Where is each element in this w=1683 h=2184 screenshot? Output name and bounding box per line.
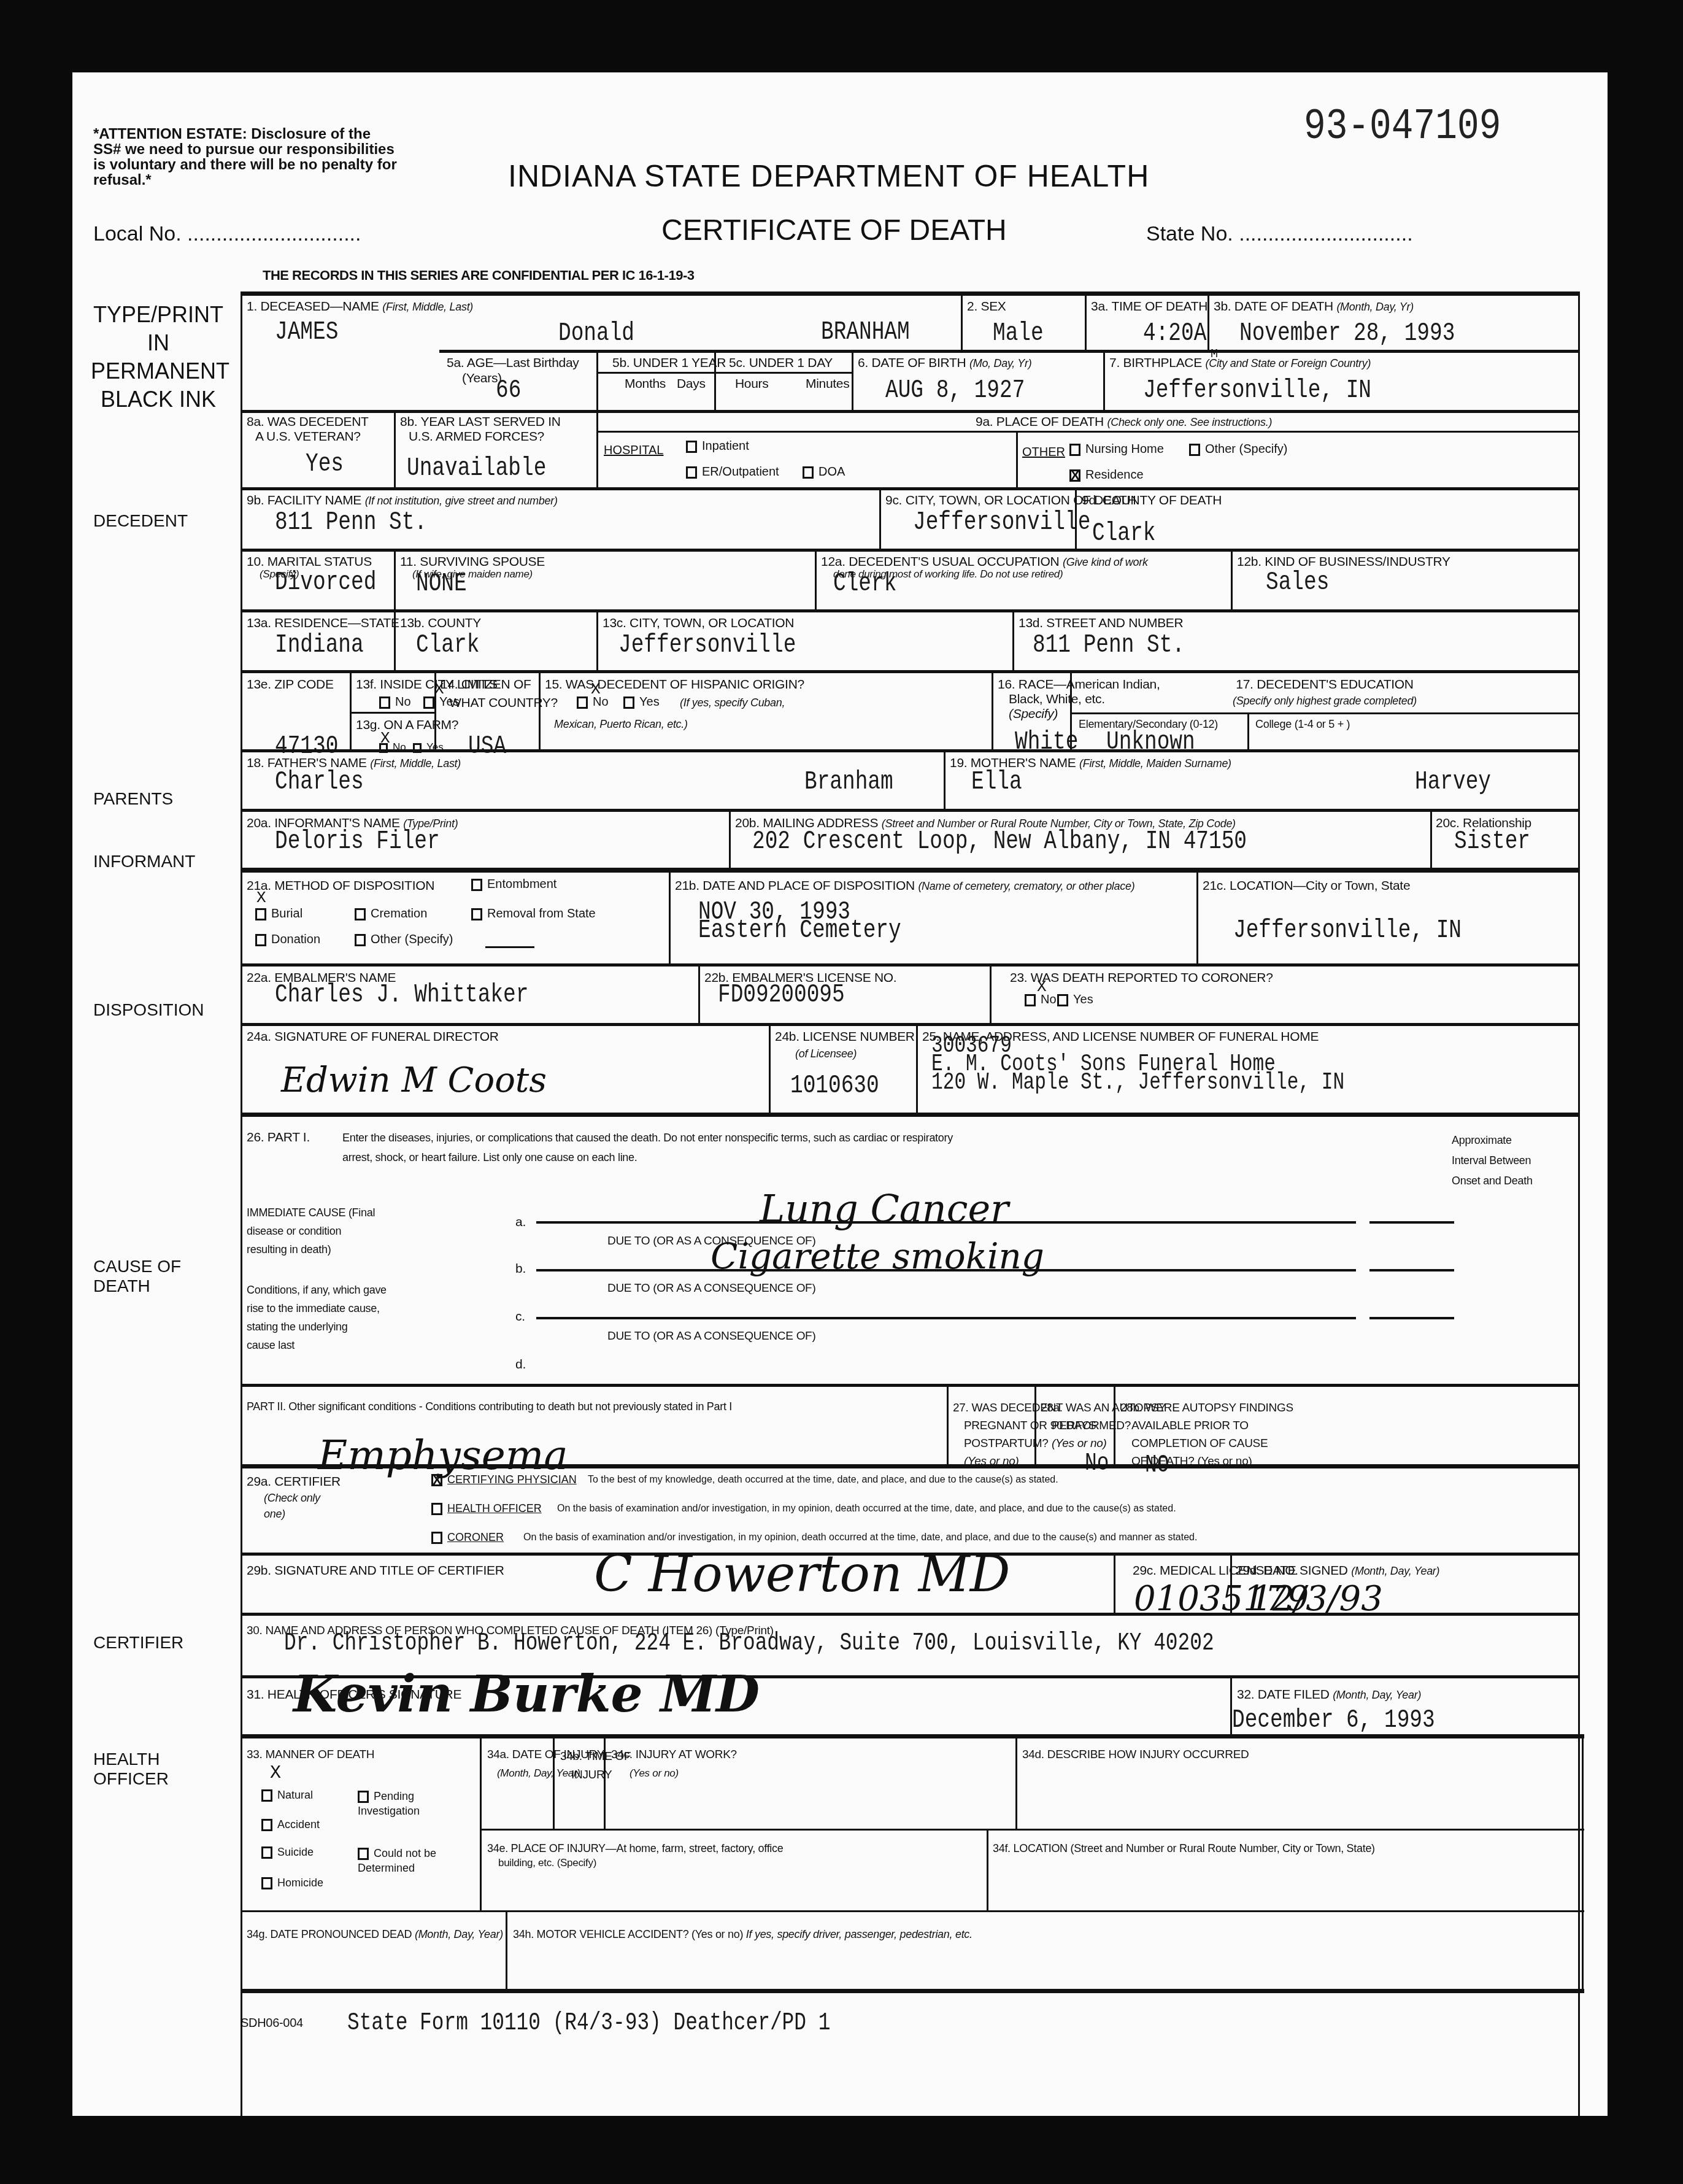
divider bbox=[539, 672, 541, 751]
divider bbox=[944, 751, 945, 810]
confidential-note: THE RECORDS IN THIS SERIES ARE CONFIDENT… bbox=[263, 268, 694, 284]
injury-location-label: 34f. LOCATION (Street and Number or Rura… bbox=[993, 1841, 1375, 1856]
divider bbox=[241, 670, 1580, 673]
divider bbox=[596, 412, 598, 488]
surviving-spouse-value[interactable]: NONE bbox=[416, 569, 467, 598]
section-parents: PARENTS bbox=[93, 789, 173, 809]
undetermined-checkbox[interactable]: Could not be Determined bbox=[358, 1846, 444, 1875]
label-line: Interval Between bbox=[1452, 1151, 1533, 1171]
form-top-border bbox=[241, 291, 1580, 296]
homicide-checkbox[interactable]: Homicide bbox=[261, 1877, 323, 1889]
checkbox-icon bbox=[1069, 444, 1080, 456]
embalmer-license-value[interactable]: FD09200095 bbox=[718, 981, 845, 1009]
other-label: OTHER bbox=[1022, 446, 1065, 460]
part2-handwritten: Emphysema bbox=[318, 1432, 568, 1479]
divider bbox=[916, 1025, 918, 1114]
coroner-text: On the basis of examination and/or inves… bbox=[523, 1532, 1197, 1543]
deceased-last-name[interactable]: BRANHAM bbox=[821, 318, 910, 346]
checkbox-icon bbox=[803, 466, 814, 479]
date-place-disposition-label: 21b. DATE AND PLACE OF DISPOSITION (Name… bbox=[675, 879, 1134, 893]
months-label: Months bbox=[625, 377, 666, 392]
conditions-label: Conditions, if any, which gave rise to t… bbox=[247, 1281, 387, 1354]
label-line: rise to the immediate cause, bbox=[247, 1299, 387, 1318]
label-line: 28b. WERE AUTOPSY FINDINGS bbox=[1120, 1399, 1293, 1417]
state-number[interactable]: State No. .............................. bbox=[1146, 222, 1413, 246]
days-label: Days bbox=[677, 377, 706, 392]
college-label: College (1-4 or 5 + ) bbox=[1255, 717, 1350, 731]
date-of-death-value[interactable]: November 28, 1993 bbox=[1239, 319, 1455, 347]
divider bbox=[1230, 1554, 1232, 1614]
pronounced-dead-label: 34g. DATE PRONOUNCED DEAD (Month, Day, Y… bbox=[247, 1927, 503, 1942]
checkbox-icon bbox=[423, 696, 434, 709]
residence-checkbox[interactable]: Residence bbox=[1069, 468, 1144, 482]
divider bbox=[241, 1734, 1584, 1738]
served-value[interactable]: Unavailable bbox=[407, 454, 546, 482]
place-of-death-label: 9a. PLACE OF DEATH (Check only one. See … bbox=[976, 415, 1272, 430]
attention-line: *ATTENTION ESTATE: Disclosure of the bbox=[93, 126, 437, 142]
divider bbox=[480, 1829, 1584, 1831]
label-line: (Check only bbox=[264, 1490, 320, 1506]
due-to-label-b: DUE TO (OR AS A CONSEQUENCE OF) bbox=[607, 1281, 815, 1296]
label-line: COMPLETION OF CAUSE bbox=[1120, 1435, 1293, 1453]
label-line: disease or condition bbox=[247, 1222, 375, 1240]
name-label: 1. DECEASED—NAME (First, Middle, Last) bbox=[247, 299, 473, 314]
label-line: stating the underlying bbox=[247, 1318, 387, 1336]
checkbox-icon bbox=[255, 908, 266, 920]
checkbox-icon bbox=[358, 1791, 369, 1803]
injury-at-work-hint: (Yes or no) bbox=[630, 1766, 679, 1781]
certifying-physician-checkbox[interactable]: CERTIFYING PHYSICIAN bbox=[431, 1473, 577, 1486]
checkbox-icon bbox=[1057, 994, 1068, 1006]
divider bbox=[241, 1910, 1584, 1912]
divider bbox=[1114, 1554, 1115, 1614]
divider bbox=[1247, 714, 1249, 751]
divider bbox=[1231, 550, 1233, 611]
checkbox-icon bbox=[577, 696, 588, 709]
divider bbox=[596, 352, 598, 411]
injury-description-label: 34d. DESCRIBE HOW INJURY OCCURRED bbox=[1022, 1748, 1249, 1762]
line-d-letter: d. bbox=[515, 1357, 526, 1372]
divider bbox=[394, 412, 396, 488]
city-of-death-value[interactable]: Jeffersonville bbox=[913, 508, 1090, 536]
form-bottom-border bbox=[241, 1989, 1584, 1993]
checkbox-icon bbox=[261, 1819, 272, 1831]
checkbox-icon bbox=[255, 934, 266, 946]
injury-place-hint: building, etc. (Specify) bbox=[498, 1856, 596, 1870]
certifier-label: 29a. CERTIFIER bbox=[247, 1475, 341, 1489]
divider bbox=[1582, 1738, 1584, 1990]
hispanic-hint-2: Mexican, Puerto Rican, etc.) bbox=[554, 717, 688, 731]
removal-from-state-checkbox[interactable]: Removal from State bbox=[471, 907, 596, 921]
license-number-label: 24b. LICENSE NUMBER bbox=[775, 1030, 915, 1044]
divider bbox=[241, 1384, 1580, 1387]
divider bbox=[506, 1912, 507, 1989]
divider bbox=[987, 1830, 988, 1912]
suicide-checkbox[interactable]: Suicide bbox=[261, 1846, 314, 1859]
label-line: Conditions, if any, which gave bbox=[247, 1281, 387, 1299]
form-right-border bbox=[1578, 291, 1580, 2116]
checkbox-icon bbox=[1025, 994, 1036, 1006]
attention-line: SS# we need to pursue our responsibiliti… bbox=[93, 142, 437, 157]
form-number: State Form 10110 (R4/3-93) Deathcer/PD 1 bbox=[347, 2010, 830, 2038]
funeral-director-signature-label: 24a. SIGNATURE OF FUNERAL DIRECTOR bbox=[247, 1030, 499, 1044]
checkbox-icon bbox=[686, 441, 697, 453]
hispanic-hint: (If yes, specify Cuban, bbox=[680, 695, 785, 710]
minutes-label: Minutes bbox=[806, 377, 849, 392]
hospital-label: HOSPITAL bbox=[604, 444, 663, 458]
mother-first-name[interactable]: Ella bbox=[971, 768, 1022, 796]
checkbox-icon bbox=[355, 908, 366, 920]
divider bbox=[1196, 873, 1198, 965]
sex-label: 2. SEX bbox=[967, 299, 1006, 314]
sex-value[interactable]: Male bbox=[993, 319, 1044, 347]
certifier-signature-label: 29b. SIGNATURE AND TITLE OF CERTIFIER bbox=[247, 1564, 504, 1578]
part1-label: 26. PART I. bbox=[247, 1130, 310, 1145]
date-of-death-label: 3b. DATE OF DEATH (Month, Day, Yr) bbox=[1214, 299, 1414, 314]
veteran-value[interactable]: Yes bbox=[306, 450, 344, 478]
coroner-checkbox[interactable]: CORONER bbox=[431, 1531, 504, 1544]
divider bbox=[698, 965, 700, 1024]
part1-instructions-2: arrest, shock, or heart failure. List on… bbox=[342, 1150, 637, 1165]
divider bbox=[350, 712, 434, 714]
checkbox-icon bbox=[431, 1532, 442, 1544]
other-specify-line bbox=[485, 946, 534, 948]
divider bbox=[992, 672, 993, 751]
side-label: CAUSE OF bbox=[93, 1257, 181, 1276]
side-label: BLACK INK bbox=[91, 385, 226, 414]
checkbox-icon bbox=[686, 466, 697, 479]
side-label: HEALTH bbox=[93, 1750, 169, 1769]
funeral-home-address[interactable]: 120 W. Maple St., Jeffersonville, IN bbox=[931, 1073, 1344, 1094]
other-specify-checkbox[interactable]: Other (Specify) bbox=[1189, 442, 1287, 457]
label-line: AVAILABLE PRIOR TO bbox=[1120, 1417, 1293, 1435]
under-1-year-label: 5b. UNDER 1 YEAR bbox=[612, 356, 726, 371]
cremation-checkbox[interactable]: Cremation bbox=[355, 907, 427, 921]
health-officer-checkbox[interactable]: HEALTH OFFICER bbox=[431, 1502, 542, 1515]
date-filed-value[interactable]: December 6, 1993 bbox=[1232, 1706, 1435, 1734]
divider bbox=[241, 410, 1580, 413]
residence-state-value[interactable]: Indiana bbox=[275, 631, 364, 659]
checked-checkbox-icon bbox=[431, 1474, 442, 1486]
interval-label: Approximate Interval Between Onset and D… bbox=[1452, 1130, 1533, 1191]
section-cause-of-death: CAUSE OF DEATH bbox=[93, 1257, 181, 1296]
interval-line-b[interactable] bbox=[1369, 1269, 1454, 1271]
divider bbox=[1034, 1386, 1036, 1464]
label-line: U.S. ARMED FORCES? bbox=[400, 430, 561, 444]
doa-checkbox[interactable]: DOA bbox=[803, 465, 845, 479]
label-line: IMMEDIATE CAUSE (Final bbox=[247, 1203, 375, 1222]
divider bbox=[1015, 1738, 1017, 1829]
divider bbox=[1075, 489, 1077, 549]
burial-checkbox[interactable]: Burial bbox=[255, 907, 302, 921]
divider bbox=[394, 550, 396, 611]
line-c-letter: c. bbox=[515, 1310, 525, 1324]
license-number-value[interactable]: 1010630 bbox=[790, 1071, 879, 1100]
label-line: 8a. WAS DECEDENT bbox=[247, 415, 369, 430]
interval-line-a[interactable] bbox=[1369, 1221, 1454, 1224]
divider bbox=[714, 352, 716, 411]
residence-street-label: 13d. STREET AND NUMBER bbox=[1019, 616, 1183, 631]
form-code: SDH06-004 bbox=[241, 2016, 303, 2031]
divider bbox=[241, 549, 1580, 552]
divider bbox=[241, 963, 1580, 967]
facility-label: 9b. FACILITY NAME (If not institution, g… bbox=[247, 493, 558, 508]
health-officer-signature: Kevin Burke MD bbox=[293, 1665, 760, 1724]
divider bbox=[1085, 295, 1087, 352]
part2-label: PART II. Other significant conditions - … bbox=[247, 1399, 732, 1414]
divider bbox=[852, 352, 853, 411]
certificate-title: CERTIFICATE OF DEATH bbox=[661, 214, 1007, 247]
motor-vehicle-label: 34h. MOTOR VEHICLE ACCIDENT? (Yes or no)… bbox=[513, 1927, 972, 1942]
attention-notice: *ATTENTION ESTATE: Disclosure of the SS#… bbox=[93, 126, 437, 188]
injury-place-label: 34e. PLACE OF INJURY—At home, farm, stre… bbox=[487, 1841, 783, 1856]
divider bbox=[961, 295, 963, 352]
hispanic-label: 15. WAS DECEDENT OF HISPANIC ORIGIN? bbox=[545, 677, 804, 692]
certifier-hint: (Check only one) bbox=[264, 1490, 320, 1522]
mailing-address-value[interactable]: 202 Crescent Loop, New Albany, IN 47150 bbox=[752, 827, 1247, 855]
section-health-officer: HEALTH OFFICER bbox=[93, 1750, 169, 1789]
certificate-number-stamp: 93-047109 bbox=[1304, 103, 1501, 152]
burial-mark: X bbox=[256, 889, 266, 907]
cause-line-c[interactable] bbox=[536, 1317, 1356, 1319]
cause-a-handwritten: Lung Cancer bbox=[760, 1186, 1009, 1231]
line-b-letter: b. bbox=[515, 1262, 526, 1276]
certifying-physician-text: To the best of my knowledge, death occur… bbox=[588, 1475, 1058, 1486]
section-decedent: DECEDENT bbox=[93, 511, 188, 531]
served-label: 8b. YEAR LAST SERVED IN U.S. ARMED FORCE… bbox=[400, 415, 561, 444]
donation-checkbox[interactable]: Donation bbox=[255, 933, 320, 947]
informant-name-value[interactable]: Deloris Filer bbox=[275, 827, 440, 855]
education-label: 17. DECEDENT'S EDUCATION bbox=[1070, 677, 1579, 692]
checkbox-icon bbox=[355, 934, 366, 946]
cause-b-handwritten: Cigarette smoking bbox=[711, 1235, 1044, 1277]
divider bbox=[394, 611, 396, 671]
label-line: Approximate bbox=[1452, 1130, 1533, 1151]
citizen-value[interactable]: USA bbox=[468, 732, 506, 760]
father-last-name[interactable]: Branham bbox=[804, 768, 893, 796]
manner-of-death-label: 33. MANNER OF DEATH bbox=[247, 1748, 374, 1762]
line-a-letter: a. bbox=[515, 1215, 526, 1230]
checkbox-icon bbox=[379, 696, 390, 709]
side-label: DEATH bbox=[93, 1276, 181, 1296]
label-line: cause last bbox=[247, 1336, 387, 1354]
divider bbox=[815, 550, 817, 611]
divider bbox=[434, 672, 436, 751]
local-number[interactable]: Local No. .............................. bbox=[93, 222, 361, 246]
divider bbox=[241, 487, 1580, 490]
hours-label: Hours bbox=[735, 377, 769, 392]
deceased-middle-name[interactable]: Donald bbox=[558, 319, 634, 347]
side-label: OFFICER bbox=[93, 1769, 169, 1789]
funeral-director-signature: Edwin M Coots bbox=[281, 1060, 547, 1100]
checked-checkbox-icon bbox=[1069, 469, 1080, 482]
spacer bbox=[541, 1306, 1468, 1308]
interval-line-c[interactable] bbox=[1369, 1317, 1454, 1319]
under-1-day-label: 5c. UNDER 1 DAY bbox=[729, 356, 833, 371]
disposition-location-label: 21c. LOCATION—City or Town, State bbox=[1203, 879, 1410, 893]
checkbox-icon bbox=[471, 908, 482, 920]
divider bbox=[1070, 712, 1580, 714]
method-of-disposition-label: 21a. METHOD OF DISPOSITION bbox=[247, 879, 434, 893]
birthplace-label: 7. BIRTHPLACE (City and State or Foreign… bbox=[1109, 356, 1371, 371]
section-certifier: CERTIFIER bbox=[93, 1633, 183, 1653]
natural-checkbox[interactable]: Natural bbox=[261, 1789, 313, 1802]
divider bbox=[1012, 611, 1014, 671]
side-label: TYPE/PRINT bbox=[91, 301, 226, 329]
dob-value[interactable]: AUG 8, 1927 bbox=[885, 376, 1025, 404]
nursing-home-checkbox[interactable]: Nursing Home bbox=[1069, 442, 1164, 457]
divider bbox=[1207, 295, 1209, 352]
label-line: one) bbox=[264, 1506, 320, 1522]
residence-state-label: 13a. RESIDENCE—STATE bbox=[247, 616, 399, 631]
county-of-death-value[interactable]: Clark bbox=[1092, 519, 1155, 547]
pending-investigation-checkbox[interactable]: Pending Investigation bbox=[358, 1789, 444, 1818]
residence-county-value[interactable]: Clark bbox=[416, 631, 479, 659]
mother-last-name[interactable]: Harvey bbox=[1415, 768, 1491, 796]
residence-county-label: 13b. COUNTY bbox=[400, 616, 481, 631]
divider bbox=[669, 873, 671, 965]
label-line: 8b. YEAR LAST SERVED IN bbox=[400, 415, 561, 430]
divider bbox=[241, 868, 1580, 873]
embalmer-name-value[interactable]: Charles J. Whittaker bbox=[275, 981, 528, 1009]
divider bbox=[596, 431, 1580, 433]
age-value[interactable]: 66 bbox=[496, 376, 521, 404]
veteran-label: 8a. WAS DECEDENT A U.S. VETERAN? bbox=[247, 415, 369, 444]
entombment-checkbox[interactable]: Entombment bbox=[471, 878, 557, 892]
due-to-label-c: DUE TO (OR AS A CONSEQUENCE OF) bbox=[607, 1329, 815, 1344]
completer-value[interactable]: Dr. Christopher B. Howerton, 224 E. Broa… bbox=[284, 1630, 1214, 1658]
birthplace-value[interactable]: Jeffersonville, IN bbox=[1143, 376, 1371, 404]
license-number-hint: (of Licensee) bbox=[795, 1046, 857, 1061]
residence-street-value[interactable]: 811 Penn St. bbox=[1033, 631, 1185, 659]
part1-instructions: Enter the diseases, injuries, or complic… bbox=[342, 1130, 953, 1145]
attention-line: is voluntary and there will be no penalt… bbox=[93, 157, 437, 172]
checkbox-icon bbox=[358, 1848, 369, 1860]
checkbox-icon bbox=[1189, 444, 1200, 456]
dob-label: 6. DATE OF BIRTH (Mo, Day, Yr) bbox=[858, 356, 1031, 371]
divider bbox=[604, 1738, 606, 1829]
occupation-value[interactable]: Clerk bbox=[833, 569, 896, 598]
natural-mark: X bbox=[270, 1763, 281, 1784]
divider bbox=[1103, 352, 1105, 411]
residence-city-label: 13c. CITY, TOWN, OR LOCATION bbox=[603, 616, 794, 631]
divider bbox=[350, 672, 352, 751]
checkbox-icon bbox=[471, 879, 482, 891]
certifier-signature: C Howerton MD bbox=[594, 1545, 1011, 1603]
hispanic-yes-checkbox[interactable]: Yes bbox=[623, 695, 660, 709]
section-informant: INFORMANT bbox=[93, 852, 195, 871]
checkbox-icon bbox=[261, 1846, 272, 1859]
checkbox-icon bbox=[623, 696, 634, 709]
department-title: INDIANA STATE DEPARTMENT OF HEALTH bbox=[508, 158, 1149, 194]
inpatient-checkbox[interactable]: Inpatient bbox=[686, 439, 749, 453]
checkbox-icon bbox=[261, 1789, 272, 1802]
residence-city-value[interactable]: Jeffersonville bbox=[618, 631, 796, 659]
divider bbox=[241, 749, 1580, 752]
other-disposition-checkbox[interactable]: Other (Specify) bbox=[355, 933, 453, 947]
zip-label: 13e. ZIP CODE bbox=[247, 677, 334, 692]
divider bbox=[596, 611, 598, 671]
coroner-reported-label: 23. WAS DEATH REPORTED TO CORONER? bbox=[1010, 971, 1273, 986]
er-outpatient-checkbox[interactable]: ER/Outpatient bbox=[686, 465, 779, 479]
age-label: 5a. AGE—Last Birthday bbox=[447, 356, 579, 371]
label-line: INJURY bbox=[560, 1766, 631, 1785]
divider bbox=[439, 350, 1580, 353]
side-label: IN bbox=[91, 329, 226, 357]
form-left-border bbox=[241, 291, 242, 2116]
on-farm-label: 13g. ON A FARM? bbox=[356, 718, 458, 733]
divider bbox=[879, 489, 881, 549]
time-of-death-value[interactable]: 4:20A bbox=[1143, 319, 1206, 347]
divider bbox=[241, 1023, 1580, 1026]
father-first-name[interactable]: Charles bbox=[275, 768, 364, 796]
date-signed-label: 29d. DATE SIGNED (Month, Day, Year) bbox=[1236, 1564, 1439, 1578]
label-line: resulting in death) bbox=[247, 1240, 375, 1259]
divider bbox=[1016, 432, 1018, 488]
education-hint: (Specify only highest grade completed) bbox=[1070, 693, 1579, 708]
relationship-value[interactable]: Sister bbox=[1454, 827, 1530, 855]
type-print-instructions: TYPE/PRINT IN PERMANENT BLACK INK bbox=[91, 301, 226, 414]
label-line: A U.S. VETERAN? bbox=[247, 430, 369, 444]
attention-line: refusal.* bbox=[93, 172, 437, 188]
checkbox-icon bbox=[261, 1877, 272, 1889]
divider bbox=[990, 965, 992, 1024]
divider bbox=[769, 1025, 771, 1114]
time-of-death-label: 3a. TIME OF DEATH bbox=[1091, 299, 1207, 314]
accident-checkbox[interactable]: Accident bbox=[261, 1818, 320, 1831]
divider bbox=[241, 809, 1580, 812]
death-certificate: *ATTENTION ESTATE: Disclosure of the SS#… bbox=[72, 72, 1608, 2116]
divider bbox=[241, 609, 1580, 612]
hispanic-mark: X bbox=[591, 680, 601, 698]
divider bbox=[1114, 1386, 1115, 1464]
coroner-yes-checkbox[interactable]: Yes bbox=[1057, 993, 1093, 1007]
deceased-first-name[interactable]: JAMES bbox=[275, 318, 338, 346]
health-officer-text: On the basis of examination and/or inves… bbox=[557, 1503, 1176, 1515]
county-of-death-label: 9d. COUNTY OF DEATH bbox=[1082, 493, 1222, 508]
coroner-no-checkbox[interactable]: No bbox=[1025, 993, 1057, 1007]
disposition-location-value[interactable]: Jeffersonville, IN bbox=[1233, 916, 1462, 944]
marital-status-value[interactable]: Divorced bbox=[275, 568, 376, 596]
checkbox-icon bbox=[431, 1503, 442, 1515]
section-disposition: DISPOSITION bbox=[93, 1000, 204, 1020]
divider bbox=[480, 1738, 482, 1912]
immediate-cause-label: IMMEDIATE CAUSE (Final disease or condit… bbox=[247, 1203, 375, 1259]
divider bbox=[553, 1738, 555, 1829]
city-limits-no-checkbox[interactable]: No bbox=[379, 695, 411, 709]
facility-value[interactable]: 811 Penn St. bbox=[275, 508, 427, 536]
divider bbox=[947, 1386, 949, 1464]
divider bbox=[241, 1113, 1580, 1117]
side-label: PERMANENT bbox=[91, 357, 226, 385]
divider bbox=[1430, 811, 1432, 870]
divider bbox=[241, 1613, 1580, 1616]
disposition-place-value[interactable]: Eastern Cemetery bbox=[698, 916, 901, 944]
business-value[interactable]: Sales bbox=[1266, 568, 1329, 596]
divider bbox=[596, 372, 852, 374]
label-line: Onset and Death bbox=[1452, 1171, 1533, 1191]
injury-at-work-label: 34c. INJURY AT WORK? bbox=[611, 1748, 737, 1762]
date-filed-label: 32. DATE FILED (Month, Day, Year) bbox=[1237, 1688, 1421, 1702]
divider bbox=[729, 811, 731, 870]
divider bbox=[241, 1464, 1580, 1468]
